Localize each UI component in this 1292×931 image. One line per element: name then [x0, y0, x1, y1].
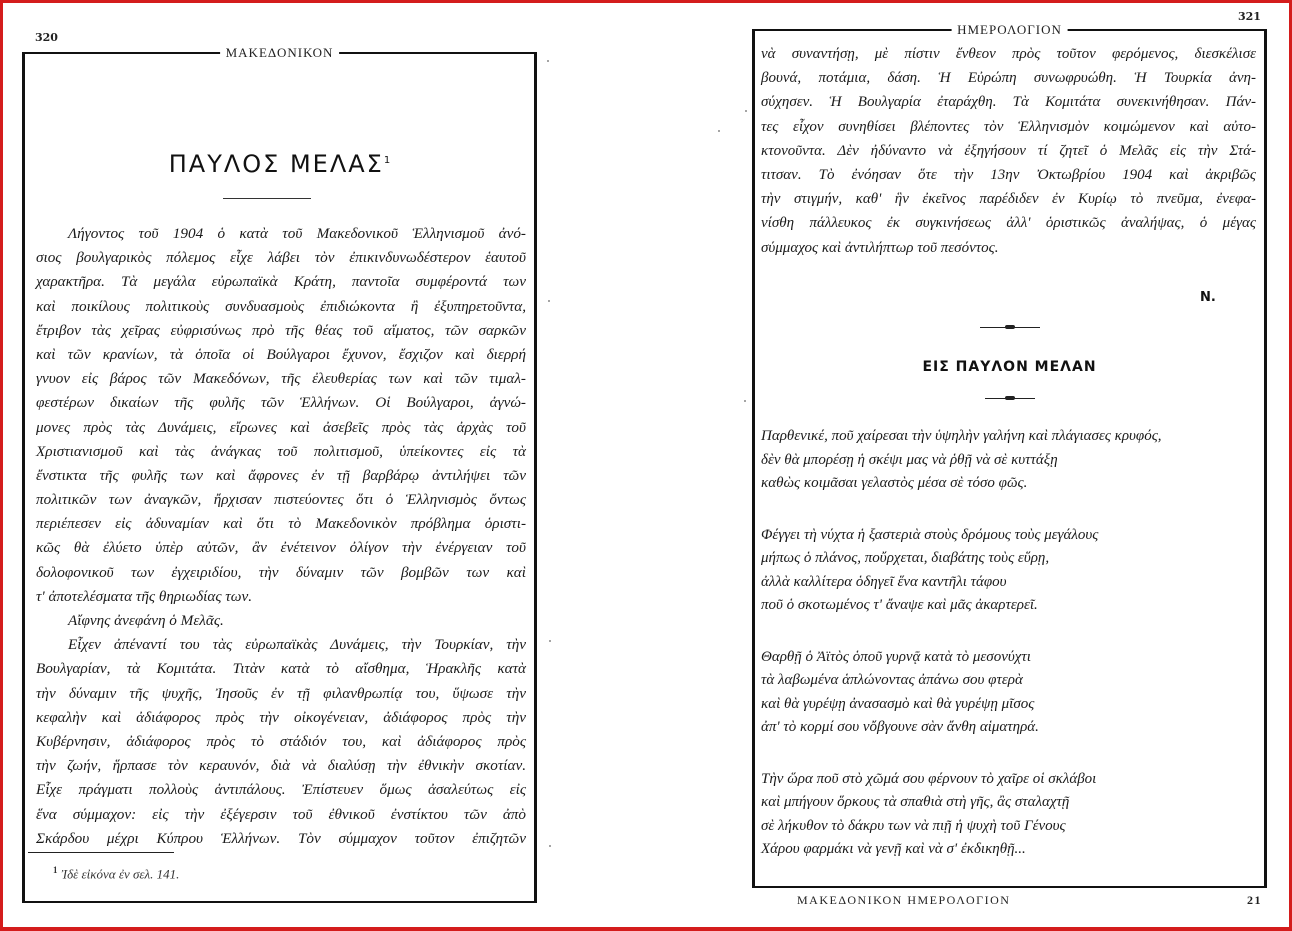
poem-stanza: Παρθενικέ, ποῦ χαίρεσαι τὴν ὑψηλὴν γαλήν…: [761, 425, 1162, 496]
poem-line: Χάρου φαρμάκι νὰ γενῇ καὶ νὰ σ' ἐκδικηθῇ…: [761, 838, 1162, 862]
poem-stanza: Τὴν ὥρα ποῦ στὸ χῶμά σου φέρνουν τὸ χαῖρ…: [761, 768, 1162, 862]
footnote-mark: 1: [53, 865, 58, 875]
body-line: νίσθη πάλλευκος ἐκ συγκινήσεως ἀλλ' ὁρισ…: [761, 211, 1256, 235]
poem-line: σὲ λήκυθον τὸ δάκρυ των νὰ πιῇ ἡ ψυχὴ το…: [761, 815, 1162, 839]
poem-line: ἀλλὰ καλλίτερα ὁδηγεῖ ἕνα καντῆλι τάφου: [761, 571, 1162, 595]
footnote-text: Ἰδὲ εἰκόνα ἐν σελ. 141.: [62, 866, 180, 881]
body-line: τιτσαν. Τὸ ἐνόησαν ὅτε τὴν 13ην Ὀκτωβρίο…: [761, 163, 1256, 187]
body-line: δολοφονικοῦ των ἐγχειριδίου, τὴν δύναμιν…: [36, 561, 526, 585]
body-line: κτονοῦντα. Δὲν ἠδύναντο νὰ ἐξηγήσουν τί …: [761, 139, 1256, 163]
body-line: χαρακτῆρα. Τὰ μεγάλα εὐρωπαϊκὰ Κράτη, πα…: [36, 270, 526, 294]
left-page-number: 320: [35, 31, 58, 44]
body-line: σύχησεν. Ἡ Βουλγαρία ἐταράχθη. Τὰ Κομιτά…: [761, 90, 1256, 114]
poem-line: τὰ λαβωμένα ἁπλώνοντας ἀπάνω σου φτερὰ: [761, 669, 1162, 693]
scan-speck: [547, 60, 549, 62]
body-line: τες εἶχον συνηθίσει βλέποντες τὸν Ἑλληνι…: [761, 115, 1256, 139]
right-page-box: ΗΜΕΡΟΛΟΓΙΟΝ νὰ συναντήσῃ, μὲ πίστιν ἔνθε…: [752, 30, 1267, 888]
body-line: Λήγοντος τοῦ 1904 ὁ κατὰ τοῦ Μακεδονικοῦ…: [36, 222, 526, 246]
footnote: 1Ἰδὲ εἰκόνα ἐν σελ. 141.: [53, 865, 179, 882]
poem-stanza: Φέγγει τὴ νύχτα ἡ ξαστεριὰ στοὺς δρόμους…: [761, 524, 1162, 618]
poem-line: καὶ θὰ γυρέψῃ ἀνασασμὸ καὶ θὰ γυρέψῃ μῖσ…: [761, 693, 1162, 717]
title-footnote-mark: 1: [384, 155, 390, 166]
ornament-divider-top: [980, 327, 1040, 328]
article-title: ΠΑΥΛΟΣ ΜΕΛΑΣ1: [25, 150, 534, 178]
article-title-text: ΠΑΥΛΟΣ ΜΕΛΑΣ: [169, 150, 384, 178]
title-underline: [223, 198, 311, 199]
poem-line: δὲν θὰ μπορέσῃ ἡ σκέψι μας νὰ ῥθῇ νὰ σὲ …: [761, 449, 1162, 473]
left-page-box: ΜΑΚΕΔΟΝΙΚΟΝ ΠΑΥΛΟΣ ΜΕΛΑΣ1 Λήγοντος τοῦ 1…: [22, 53, 537, 903]
body-line: τὴν στιγμήν, καθ' ἣν ἐκεῖνος παρέδιδεν ἐ…: [761, 187, 1256, 211]
ornament-divider-bottom: [985, 398, 1035, 399]
scan-speck: [744, 400, 746, 402]
body-line: τὴν δύναμιν τῆς ψυχῆς, Ἰησοῦς ἐν τῇ φιλα…: [36, 682, 526, 706]
right-page-footer-title: ΜΑΚΕΔΟΝΙΚΟΝ ΗΜΕΡΟΛΟΓΙΟΝ: [797, 893, 1010, 908]
article-body-continued: νὰ συναντήσῃ, μὲ πίστιν ἔνθεον πρὸς τοῦτ…: [761, 42, 1256, 260]
body-line: σιος βουλγαρικὸς πόλεμος εἶχε λάβει τὸν …: [36, 246, 526, 270]
body-line: Κυβέρνησιν, ἀδιάφορος πρὸς τὸ στάδιόν το…: [36, 730, 526, 754]
poem-line: Τὴν ὥρα ποῦ στὸ χῶμά σου φέρνουν τὸ χαῖρ…: [761, 768, 1162, 792]
body-line: Βουλγαρίαν, τὰ Κομιτάτα. Τιτὰν κατὰ τὸ α…: [36, 657, 526, 681]
body-line: τ' ἀποτελέσματα τῆς θηριωδίας των.: [36, 585, 526, 609]
poem-line: μήπως ὁ πλάνος, ποὔρχεται, διαβάτης τοὺς…: [761, 547, 1162, 571]
poem-line: ἀπ' τὸ κορμί σου νὄβγουνε σὰν ἄνθη αἱματ…: [761, 716, 1162, 740]
right-running-head: ΗΜΕΡΟΛΟΓΙΟΝ: [951, 21, 1068, 39]
body-line: βουνά, ποτάμια, δάση. Ἡ Εὐρώπη συνωφρυώθ…: [761, 66, 1256, 90]
body-line: Αἴφνης ἀνεφάνη ὁ Μελᾶς.: [36, 609, 526, 633]
scan-speck: [548, 300, 550, 302]
poem-line: Παρθενικέ, ποῦ χαίρεσαι τὴν ὑψηλὴν γαλήν…: [761, 425, 1162, 449]
right-page-number: 321: [1238, 10, 1261, 23]
poem-title: ΕΙΣ ΠΑΥΛΟΝ ΜΕΛΑΝ: [755, 359, 1264, 375]
footnote-rule: [28, 852, 174, 853]
body-line: φεστέρων δικαίων τῆς φυλῆς τῶν Ἑλλήνων. …: [36, 391, 526, 415]
body-line: ἔνστικτα τῆς φυλῆς των καὶ ἄφρονες ἐν τῇ…: [36, 464, 526, 488]
body-line: τὴν ζωήν, ἥρπασε τὸν κεραυνόν, διὰ νὰ δι…: [36, 754, 526, 778]
body-line: Σκάρδου μέχρι Κύπρου Ἑλλήνων. Τὸν σύμμαχ…: [36, 827, 526, 851]
scan-speck: [549, 640, 551, 642]
poem-line: καὶ μπήγουν ὅρκους τὰ σπαθιὰ στὴ γῆς, ἂς…: [761, 791, 1162, 815]
body-line: καὶ ποικίλους πολιτικοὺς συνδυασμοὺς ἐπι…: [36, 295, 526, 319]
body-line: κεφαλὴν καὶ ἀδιάφορος πρὸς τὴν οἰκογένει…: [36, 706, 526, 730]
poem-line: Φέγγει τὴ νύχτα ἡ ξαστεριὰ στοὺς δρόμους…: [761, 524, 1162, 548]
body-line: ἕνα σύμμαχον: εἰς τὴν ἐξέγερσιν τοῦ ἐθνι…: [36, 803, 526, 827]
body-line: σύμμαχος καὶ ἀντιλήπτωρ τοῦ πεσόντος.: [761, 236, 1256, 260]
poem-line: ποῦ ὁ σκοτωμένος τ' ἄναψε καὶ μᾶς ἀκαρτε…: [761, 594, 1162, 618]
scan-speck: [549, 845, 551, 847]
scan-speck: [745, 110, 747, 112]
right-page-footer-signature: 21: [1247, 893, 1262, 908]
body-line: κῶς θὰ ἐλύετο ὑπὲρ αὐτῶν, ἂν ἐνέτεινον ὀ…: [36, 536, 526, 560]
poem-line: Θαρθῇ ὁ Ἀϊτὸς ὁποῦ γυρνᾷ κατὰ τὸ μεσονύχ…: [761, 646, 1162, 670]
body-line: Εἶχε πράγματι πολλοὺς ἀντιπάλους. Ἐπίστε…: [36, 778, 526, 802]
article-body: Λήγοντος τοῦ 1904 ὁ κατὰ τοῦ Μακεδονικοῦ…: [36, 222, 526, 851]
body-line: Εἶχεν ἀπέναντί του τὰς εὐρωπαϊκὰς Δυνάμε…: [36, 633, 526, 657]
body-line: περιέπεσεν εἰς ἀδυναμίαν καὶ ὅτι τὸ Μακε…: [36, 512, 526, 536]
body-line: πολιτικῶν των ἀναγκῶν, ἤρχισαν πιστεύοντ…: [36, 488, 526, 512]
body-line: νὰ συναντήσῃ, μὲ πίστιν ἔνθεον πρὸς τοῦτ…: [761, 42, 1256, 66]
body-line: γνυον εἰς βάρος τῶν Μακεδόνων, τῆς ἐλευθ…: [36, 367, 526, 391]
left-running-head: ΜΑΚΕΔΟΝΙΚΟΝ: [220, 44, 340, 62]
poem-line: καθὼς κοιμᾶσαι γελαστὸς μέσα σὲ τόσο φῶς…: [761, 472, 1162, 496]
scan-speck: [718, 130, 720, 132]
body-line: καὶ τῶν κρανίων, τὰ ὁποῖα οἱ Βούλγαροι ἔ…: [36, 343, 526, 367]
body-line: μονες πρὸς τὰς Δυνάμεις, εἴρωνες καὶ ἀσε…: [36, 416, 526, 440]
poem: Παρθενικέ, ποῦ χαίρεσαι τὴν ὑψηλὴν γαλήν…: [761, 425, 1162, 890]
poem-stanza: Θαρθῇ ὁ Ἀϊτὸς ὁποῦ γυρνᾷ κατὰ τὸ μεσονύχ…: [761, 646, 1162, 740]
author-signature: Ν.: [1200, 290, 1216, 305]
body-line: ἔτριβον τὰς χεῖρας εὐφρισύνως πρὸ τῆς θέ…: [36, 319, 526, 343]
body-line: Χριστιανισμοῦ καὶ τὰς ἀνάγκας τοῦ πολιτι…: [36, 440, 526, 464]
